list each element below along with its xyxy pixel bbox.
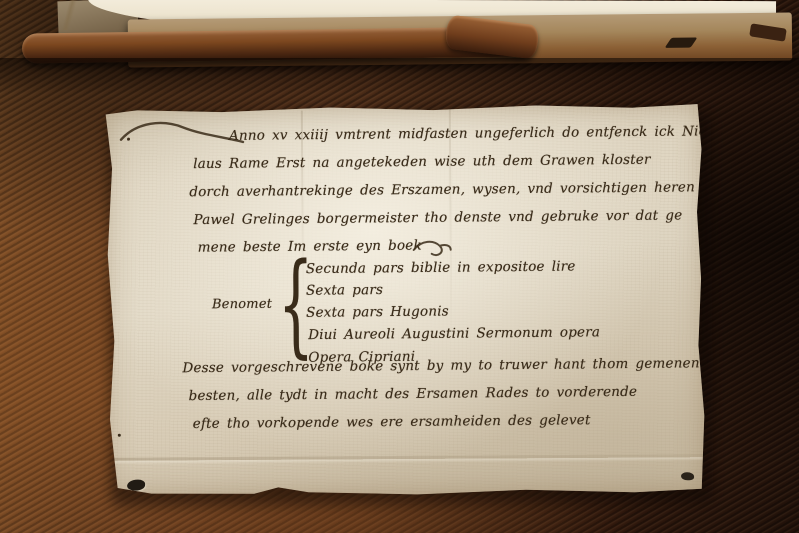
manuscript-sheet: Anno xv xxiiij vmtrent midfasten ungefer… [101, 102, 707, 498]
wax-spot-right [681, 472, 694, 480]
ink-dot [118, 434, 121, 437]
line-end-flourish [410, 236, 454, 260]
book-page-gutter [58, 0, 80, 30]
pen-flourish-stroke [117, 115, 247, 148]
book-shadow [0, 58, 799, 94]
wood-table: Anno xv xxiiij vmtrent midfasten ungefer… [0, 0, 799, 533]
list-label: Benomet [212, 297, 272, 313]
book-clasp-slot [665, 38, 698, 48]
book-list-item-2: Sexta pars [306, 282, 383, 299]
book-list-item-4: Diui Aureoli Augustini Sermonum opera [308, 324, 600, 343]
book-list-item-3: Sexta pars Hugonis [306, 303, 449, 320]
book-list-item-1: Secunda pars biblie in expositoe lire [306, 258, 576, 277]
